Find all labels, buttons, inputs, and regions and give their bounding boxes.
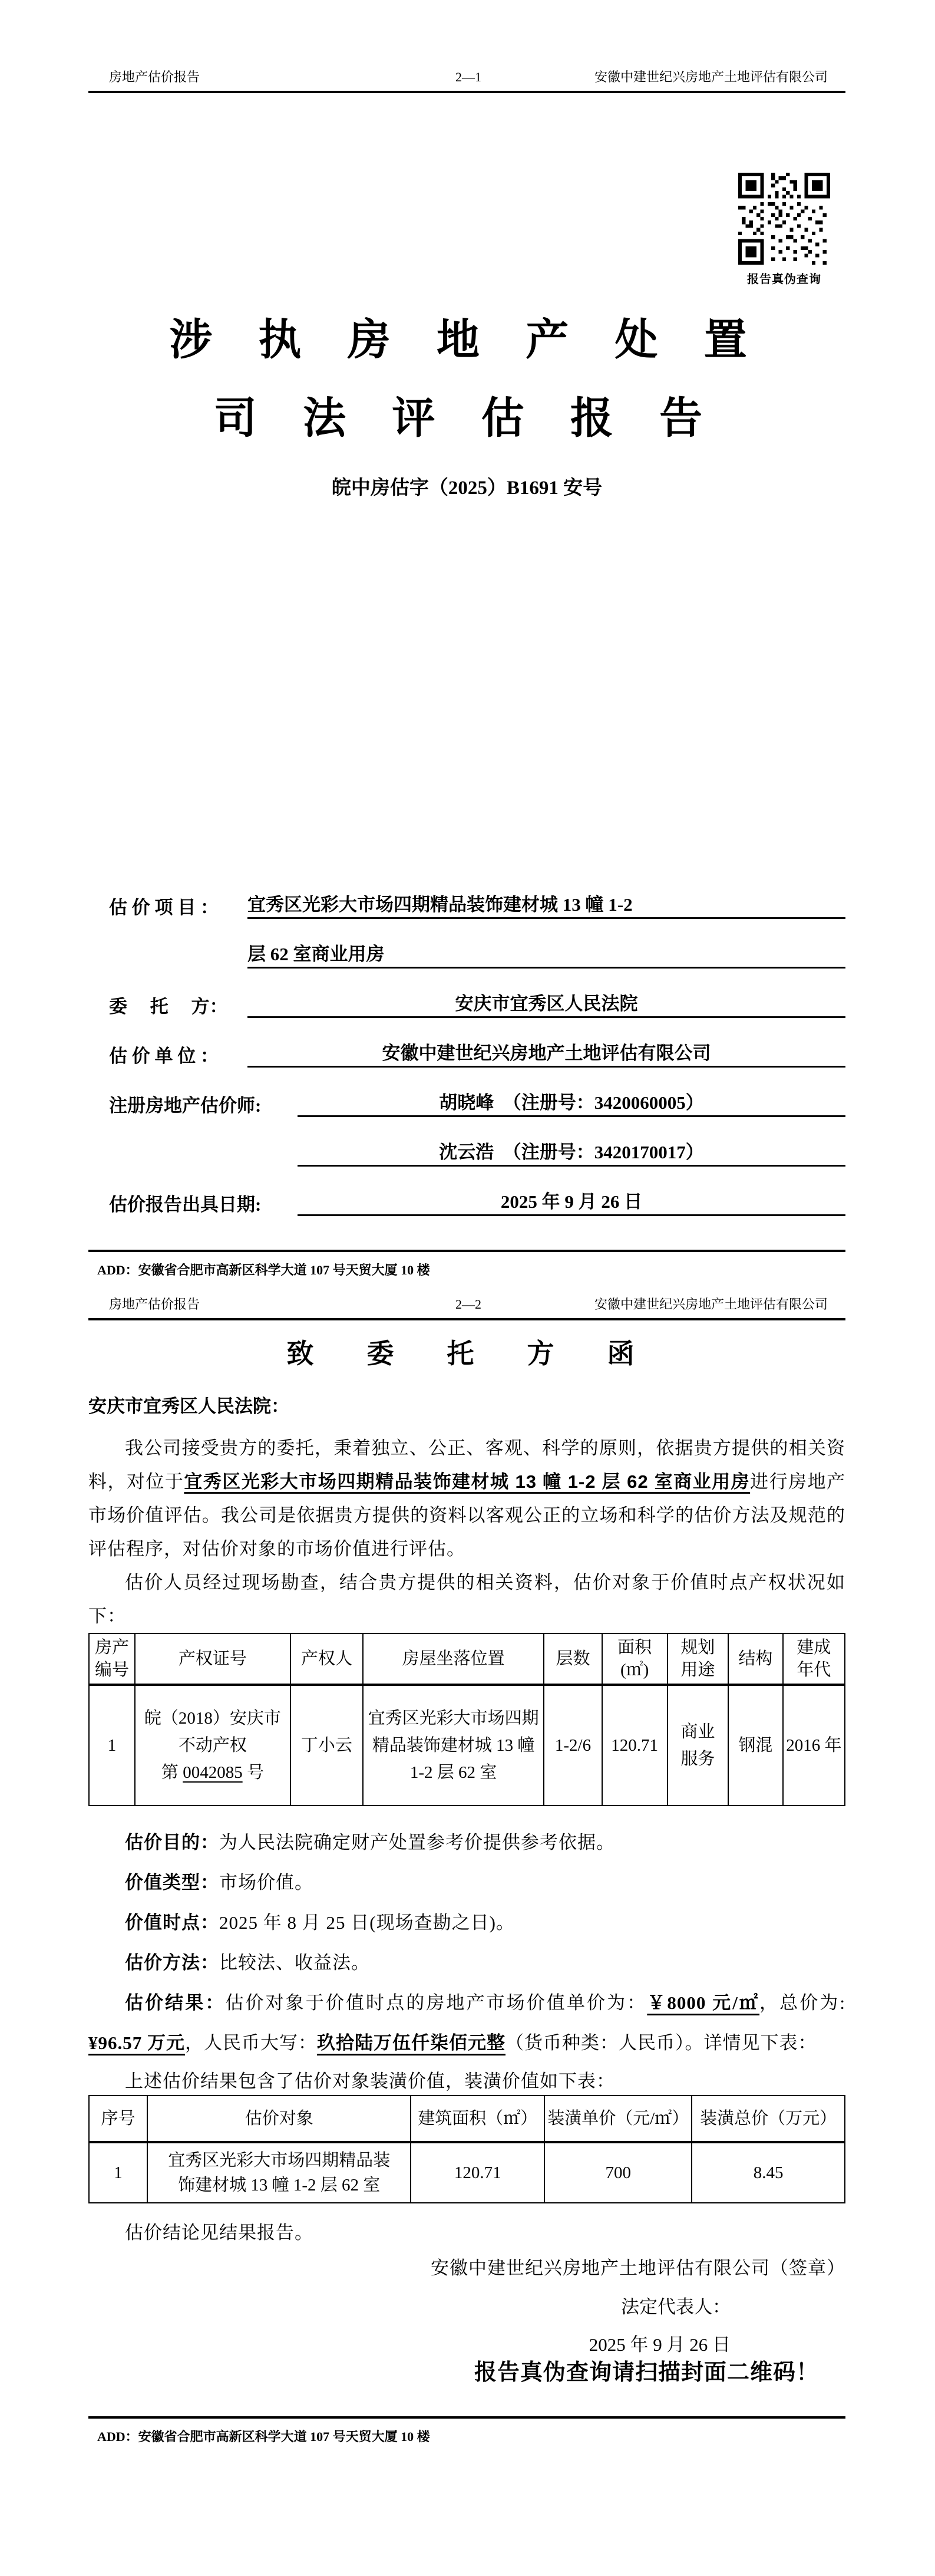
result-label: 估价结果：	[125, 1992, 225, 2013]
header-doc-type: 房地产估价报告	[88, 1296, 433, 1313]
decoration-table-header-row: 序号 估价对象 建筑面积（㎡） 装潢单价（元/㎡） 装潢总价（万元）	[89, 2096, 845, 2142]
field-project-value: 宜秀区光彩大市场四期精品装饰建材城 13 幢 1-2	[247, 890, 845, 919]
field-appraiser-label: 注册房地产估价师:	[88, 1091, 298, 1117]
decoration-table-intro: 上述估价结果包含了估价对象装潢价值，装潢价值如下表：	[88, 2068, 845, 2095]
letter-salutation: 安庆市宜秀区人民法院：	[88, 1394, 845, 1419]
appraisal-items: 估价目的：为人民法院确定财产处置参考价提供参考依据。 价值类型：市场价值。 价值…	[88, 1823, 845, 1983]
report-number: 皖中房估字（2025）B1691 安号	[88, 475, 845, 502]
item-purpose-label: 估价目的：	[125, 1832, 219, 1853]
report-verification-qr: 报告真伪查询	[738, 173, 830, 286]
cert-line1: 皖（2018）安庆市	[137, 1705, 289, 1732]
cert-line3: 第 0042085 号	[137, 1759, 289, 1786]
appraisal-result-paragraph: 估价结果：估价对象于价值时点的房地产市场价值单价为：￥8000 元/㎡，总价为:…	[88, 1983, 845, 2063]
page2-footer-address: ADD：安徽省合肥市高新区科学大道 107 号天贸大厦 10 楼	[88, 2419, 845, 2446]
cell-property-no: 1	[89, 1685, 135, 1806]
col-cert-no: 产权证号	[135, 1633, 290, 1685]
signature-company: 安徽中建世纪兴房地产土地评估有限公司（签章）	[88, 2255, 845, 2281]
cert-line2: 不动产权	[137, 1732, 289, 1759]
field-appraiser-1: 注册房地产估价师: 胡晓峰 （注册号：3420060005）	[88, 1068, 845, 1117]
conclusion-note: 估价结论见结果报告。	[88, 2220, 845, 2246]
field-client-label: 委 托 方：	[88, 991, 247, 1018]
col-floors: 层数	[544, 1633, 602, 1685]
scan-qr-notice: 报告真伪查询请扫描封面二维码！	[88, 2358, 845, 2387]
cert-number: 0042085	[183, 1763, 243, 1782]
item-value-type-text: 市场价值。	[219, 1872, 313, 1893]
result-total-price: ¥96.57 万元	[88, 2033, 185, 2053]
field-project-label: 估 价 项 目 ：	[88, 892, 247, 919]
field-agency-label: 估 价 单 位 ：	[88, 1041, 247, 1068]
cell-build-year: 2016 年	[783, 1685, 845, 1806]
letter-paragraph-1: 我公司接受贵方的委托，秉着独立、公正、客观、科学的原则，依据贵方提供的相关资料，…	[88, 1431, 845, 1566]
col-decoration-total: 装潢总价（万元）	[692, 2096, 845, 2142]
field-project-line2-value: 层 62 室商业用房	[247, 939, 845, 969]
report-title-line1: 涉 执 房 地 产 处 置	[88, 301, 845, 379]
result-seg3: ，人民币大写：	[185, 2033, 317, 2053]
page1-footer-address: ADD：安徽省合肥市高新区科学大道 107 号天贸大厦 10 楼	[88, 1252, 845, 1279]
page2-footer: ADD：安徽省合肥市高新区科学大道 107 号天贸大厦 10 楼	[88, 2416, 845, 2446]
col-location: 房屋坐落位置	[363, 1633, 544, 1685]
header-company-name: 安徽中建世纪兴房地产土地评估有限公司	[504, 1296, 845, 1313]
decoration-value-table: 序号 估价对象 建筑面积（㎡） 装潢单价（元/㎡） 装潢总价（万元） 1 宜秀区…	[88, 2095, 845, 2203]
field-issue-date-label: 估价报告出具日期:	[88, 1190, 298, 1216]
cell-decoration-unit-price: 700	[544, 2142, 692, 2203]
item-purpose-text: 为人民法院确定财产处置参考价提供参考依据。	[219, 1832, 615, 1853]
item-value-type: 价值类型：市场价值。	[88, 1863, 845, 1903]
property-rights-table-header-row: 房产 编号 产权证号 产权人 房屋坐落位置 层数 面积 (㎡) 规划 用途 结构…	[89, 1633, 845, 1685]
field-appraiser-2: 沈云浩 （注册号：3420170017）	[88, 1117, 845, 1167]
cell-decoration-total: 8.45	[692, 2142, 845, 2203]
result-seg1: 估价对象于价值时点的房地产市场价值单价为：	[225, 1992, 647, 2013]
cover-fields: 估 价 项 目 ： 宜秀区光彩大市场四期精品装饰建材城 13 幢 1-2 层 6…	[88, 869, 845, 1216]
field-project-line2: 层 62 室商业用房	[88, 919, 845, 969]
item-value-date-label: 价值时点：	[125, 1912, 219, 1933]
cell-seq-no: 1	[89, 2142, 147, 2203]
col-owner: 产权人	[290, 1633, 363, 1685]
field-client-value: 安庆市宜秀区人民法院	[247, 989, 845, 1018]
page-1: 房地产估价报告 2—1 安徽中建世纪兴房地产土地评估有限公司 涉 执 房 地 产…	[88, 0, 845, 2446]
field-client: 委 托 方： 安庆市宜秀区人民法院	[88, 969, 845, 1018]
header-page-number: 2—1	[433, 68, 504, 86]
report-title-line2: 司 法 评 估 报 告	[88, 379, 845, 457]
result-seg4: （货币种类：人民币）。详情见下表：	[506, 2033, 817, 2053]
cell-planned-use: 商业 服务	[668, 1685, 728, 1806]
property-rights-table-row: 1 皖（2018）安庆市 不动产权 第 0042085 号 丁小云 宜秀区光彩大…	[89, 1685, 845, 1806]
col-property-no: 房产 编号	[89, 1633, 135, 1685]
page2-running-header: 房地产估价报告 2—2 安徽中建世纪兴房地产土地评估有限公司	[88, 1279, 845, 1320]
item-purpose: 估价目的：为人民法院确定财产处置参考价提供参考依据。	[88, 1823, 845, 1863]
col-structure: 结构	[728, 1633, 783, 1685]
cell-building-area: 120.71	[411, 2142, 544, 2203]
report-main-title: 涉 执 房 地 产 处 置 司 法 评 估 报 告	[88, 301, 845, 457]
item-method: 估价方法：比较法、收益法。	[88, 1943, 845, 1983]
decoration-table-row: 1 宜秀区光彩大市场四期精品装 饰建材城 13 幢 1-2 层 62 室 120…	[89, 2142, 845, 2203]
col-build-year: 建成 年代	[783, 1633, 845, 1685]
item-method-text: 比较法、收益法。	[219, 1952, 370, 1973]
qr-code-image	[738, 173, 830, 265]
property-rights-table: 房产 编号 产权证号 产权人 房屋坐落位置 层数 面积 (㎡) 规划 用途 结构…	[88, 1633, 845, 1806]
field-issue-date: 估价报告出具日期: 2025 年 9 月 26 日	[88, 1167, 845, 1216]
field-issue-date-value: 2025 年 9 月 26 日	[298, 1187, 845, 1216]
item-value-date: 价值时点：2025 年 8 月 25 日(现场查勘之日)。	[88, 1903, 845, 1943]
field-appraiser-2-value: 沈云浩 （注册号：3420170017）	[298, 1137, 845, 1167]
qr-caption: 报告真伪查询	[738, 269, 830, 286]
cert-suffix: 号	[243, 1763, 264, 1782]
col-building-area: 建筑面积（㎡）	[411, 2096, 544, 2142]
item-value-type-label: 价值类型：	[125, 1872, 219, 1893]
col-area: 面积 (㎡)	[602, 1633, 668, 1685]
cell-floors: 1-2/6	[544, 1685, 602, 1806]
field-agency: 估 价 单 位 ： 安徽中建世纪兴房地产土地评估有限公司	[88, 1018, 845, 1068]
field-agency-value: 安徽中建世纪兴房地产土地评估有限公司	[247, 1038, 845, 1068]
page1-footer: ADD：安徽省合肥市高新区科学大道 107 号天贸大厦 10 楼	[88, 1250, 845, 1279]
col-appraisal-object: 估价对象	[147, 2096, 411, 2142]
item-method-label: 估价方法：	[125, 1952, 219, 1973]
result-seg2: ，总价为:	[759, 1992, 845, 2013]
paragraph1-subject-property: 宜秀区光彩大市场四期精品装饰建材城 13 幢 1-2 层 62 室商业用房	[184, 1471, 750, 1492]
cell-appraisal-object: 宜秀区光彩大市场四期精品装 饰建材城 13 幢 1-2 层 62 室	[147, 2142, 411, 2203]
col-decoration-unit-price: 装潢单价（元/㎡）	[544, 2096, 692, 2142]
header-company-name: 安徽中建世纪兴房地产土地评估有限公司	[504, 68, 845, 86]
cert-prefix: 第	[161, 1763, 183, 1782]
col-seq-no: 序号	[89, 2096, 147, 2142]
signature-date: 2025 年 9 月 26 日	[88, 2332, 845, 2358]
cell-cert-no: 皖（2018）安庆市 不动产权 第 0042085 号	[135, 1685, 290, 1806]
result-unit-price: ￥8000 元/㎡	[647, 1992, 759, 2013]
signature-legal-representative: 法定代表人：	[88, 2294, 845, 2320]
header-page-number: 2—2	[433, 1296, 504, 1313]
header-doc-type: 房地产估价报告	[88, 68, 433, 86]
cell-area: 120.71	[602, 1685, 668, 1806]
result-amount-in-words: 玖拾陆万伍仟柒佰元整	[317, 2033, 506, 2053]
field-project: 估 价 项 目 ： 宜秀区光彩大市场四期精品装饰建材城 13 幢 1-2	[88, 869, 845, 919]
letter-paragraph-2: 估价人员经过现场勘查，结合贵方提供的相关资料，估价对象于价值时点产权状况如下：	[88, 1566, 845, 1633]
page1-running-header: 房地产估价报告 2—1 安徽中建世纪兴房地产土地评估有限公司	[88, 0, 845, 93]
field-appraiser-1-value: 胡晓峰 （注册号：3420060005）	[298, 1088, 845, 1117]
col-planned-use: 规划 用途	[668, 1633, 728, 1685]
item-value-date-text: 2025 年 8 月 25 日(现场查勘之日)。	[219, 1912, 515, 1933]
cell-owner: 丁小云	[290, 1685, 363, 1806]
cell-structure: 钢混	[728, 1685, 783, 1806]
letter-title: 致 委 托 方 函	[88, 1336, 845, 1372]
cell-location: 宜秀区光彩大市场四期 精品装饰建材城 13 幢 1-2 层 62 室	[363, 1685, 544, 1806]
